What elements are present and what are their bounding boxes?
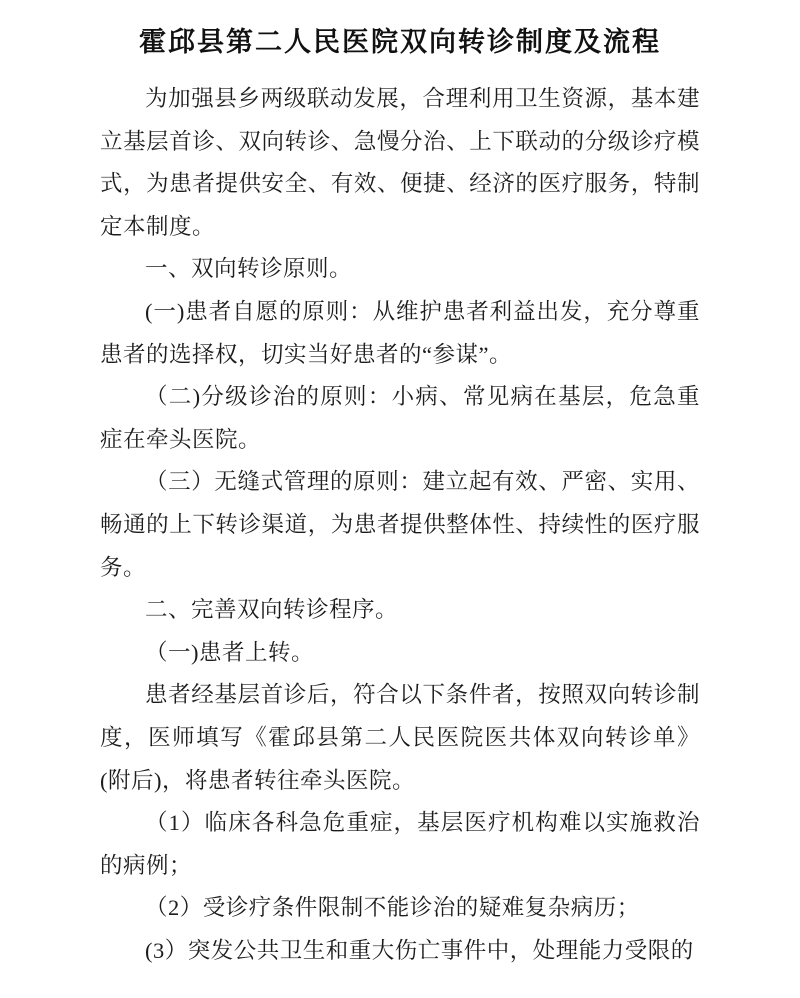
paragraph-principle-3: （三）无缝式管理的原则：建立起有效、严密、实用、畅通的上下转诊渠道，为患者提供整… [100,461,700,589]
subsection-heading-upward-referral: （一)患者上转。 [100,632,700,675]
paragraph-condition-3: (3）突发公共卫生和重大伤亡事件中，处理能力受限的 [100,930,700,973]
paragraph-principle-1: (一)患者自愿的原则：从维护患者利益出发，充分尊重患者的选择权，切实当好患者的“… [100,291,700,376]
document-title: 霍邱县第二人民医院双向转诊制度及流程 [100,22,700,62]
paragraph-upward-referral-intro: 患者经基层首诊后，符合以下条件者，按照双向转诊制度，医师填写《霍邱县第二人民医院… [100,674,700,802]
paragraph-condition-2: （2）受诊疗条件限制不能诊治的疑难复杂病历； [100,887,700,930]
document-page: 霍邱县第二人民医院双向转诊制度及流程 为加强县乡两级联动发展，合理利用卫生资源，… [0,0,800,998]
section-heading-1: 一、双向转诊原则。 [100,248,700,291]
section-heading-2: 二、完善双向转诊程序。 [100,589,700,632]
paragraph-principle-2: （二)分级诊治的原则：小病、常见病在基层，危急重症在牵头医院。 [100,376,700,461]
paragraph-intro: 为加强县乡两级联动发展，合理利用卫生资源，基本建立基层首诊、双向转诊、急慢分治、… [100,78,700,248]
paragraph-condition-1: （1）临床各科急危重症，基层医疗机构难以实施救治的病例； [100,802,700,887]
